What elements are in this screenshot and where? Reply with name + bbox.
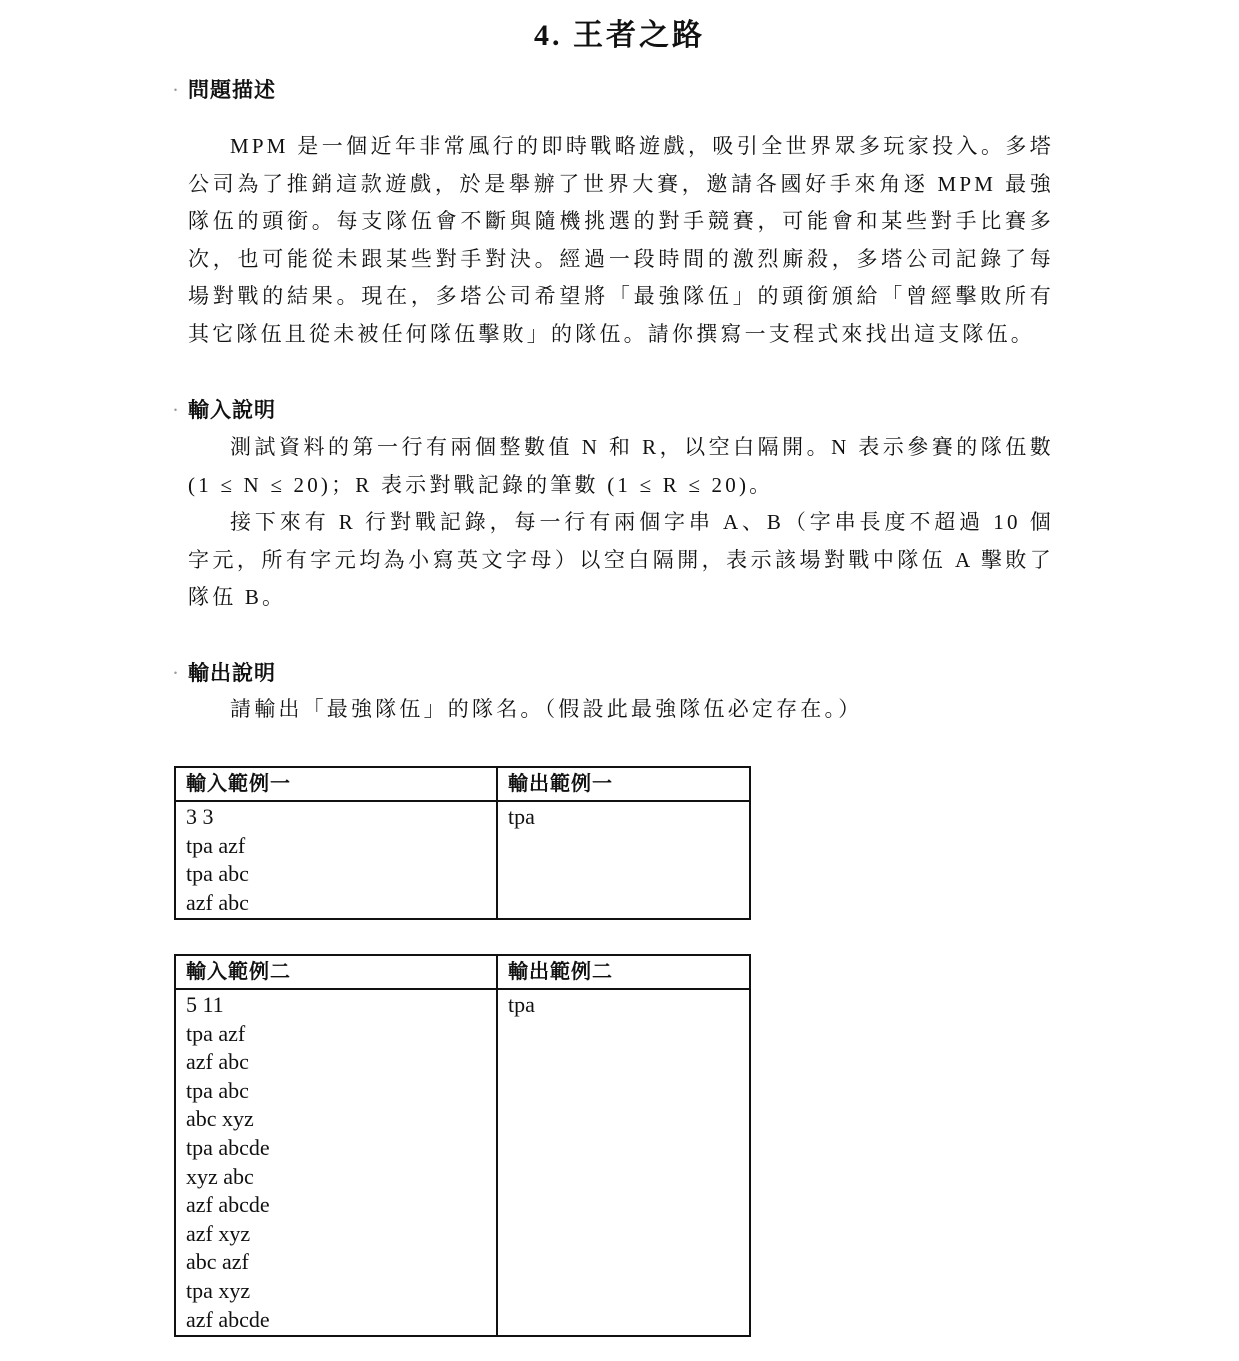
sample-input-cell: 5 11 tpa azf azf abc tpa abc abc xyz tpa… xyxy=(175,989,497,1336)
input-paragraph-1: 測試資料的第一行有兩個整數值 N 和 R，以空白隔開。N 表示參賽的隊伍數 (1… xyxy=(188,429,1054,504)
sample-input-line: abc azf xyxy=(186,1248,486,1277)
sample-input-line: azf abc xyxy=(186,889,486,918)
sample-input-line: azf abcde xyxy=(186,1191,486,1220)
output-paragraph: 請輸出「最強隊伍」的隊名。（假設此最強隊伍必定存在。） xyxy=(188,691,1054,729)
sample-input-header: 輸入範例二 xyxy=(175,955,497,989)
input-paragraph-2: 接下來有 R 行對戰記錄，每一行有兩個字串 A、B（字串長度不超過 10 個字元… xyxy=(188,504,1054,617)
sample-output-header: 輸出範例二 xyxy=(497,955,750,989)
sample-output-cell: tpa xyxy=(497,801,750,919)
input-heading: 輸入說明 xyxy=(188,396,276,424)
sample-input-cell: 3 3 tpa azf tpa abc azf abc xyxy=(175,801,497,919)
sample-input-line: tpa azf xyxy=(186,1020,486,1049)
sample-input-line: 3 3 xyxy=(186,803,486,832)
sample-input-line: azf abcde xyxy=(186,1306,486,1335)
sample-input-line: xyz abc xyxy=(186,1163,486,1192)
sample-output-cell: tpa xyxy=(497,989,750,1336)
sample-input-line: tpa abc xyxy=(186,1077,486,1106)
sample-input-line: azf xyz xyxy=(186,1220,486,1249)
sample-input-header: 輸入範例一 xyxy=(175,767,497,801)
sample-table-1: 輸入範例一 輸出範例一 3 3 tpa azf tpa abc azf abc … xyxy=(174,766,751,920)
sample-output-line: tpa xyxy=(508,803,739,832)
sample-table-2: 輸入範例二 輸出範例二 5 11 tpa azf azf abc tpa abc… xyxy=(174,954,751,1337)
sample-output-header: 輸出範例一 xyxy=(497,767,750,801)
description-heading: 問題描述 xyxy=(188,76,276,104)
problem-title: 4. 王者之路 xyxy=(0,16,1239,56)
sample-input-line: abc xyz xyxy=(186,1105,486,1134)
sample-input-line: 5 11 xyxy=(186,991,486,1020)
sample-input-line: tpa abc xyxy=(186,860,486,889)
sample-input-line: tpa abcde xyxy=(186,1134,486,1163)
sample-input-line: azf abc xyxy=(186,1048,486,1077)
output-heading: 輸出說明 xyxy=(188,659,276,687)
sample-output-line: tpa xyxy=(508,991,739,1020)
description-paragraph: MPM 是一個近年非常風行的即時戰略遊戲，吸引全世界眾多玩家投入。多塔公司為了推… xyxy=(188,128,1054,353)
sample-input-line: tpa azf xyxy=(186,832,486,861)
sample-input-line: tpa xyz xyxy=(186,1277,486,1306)
